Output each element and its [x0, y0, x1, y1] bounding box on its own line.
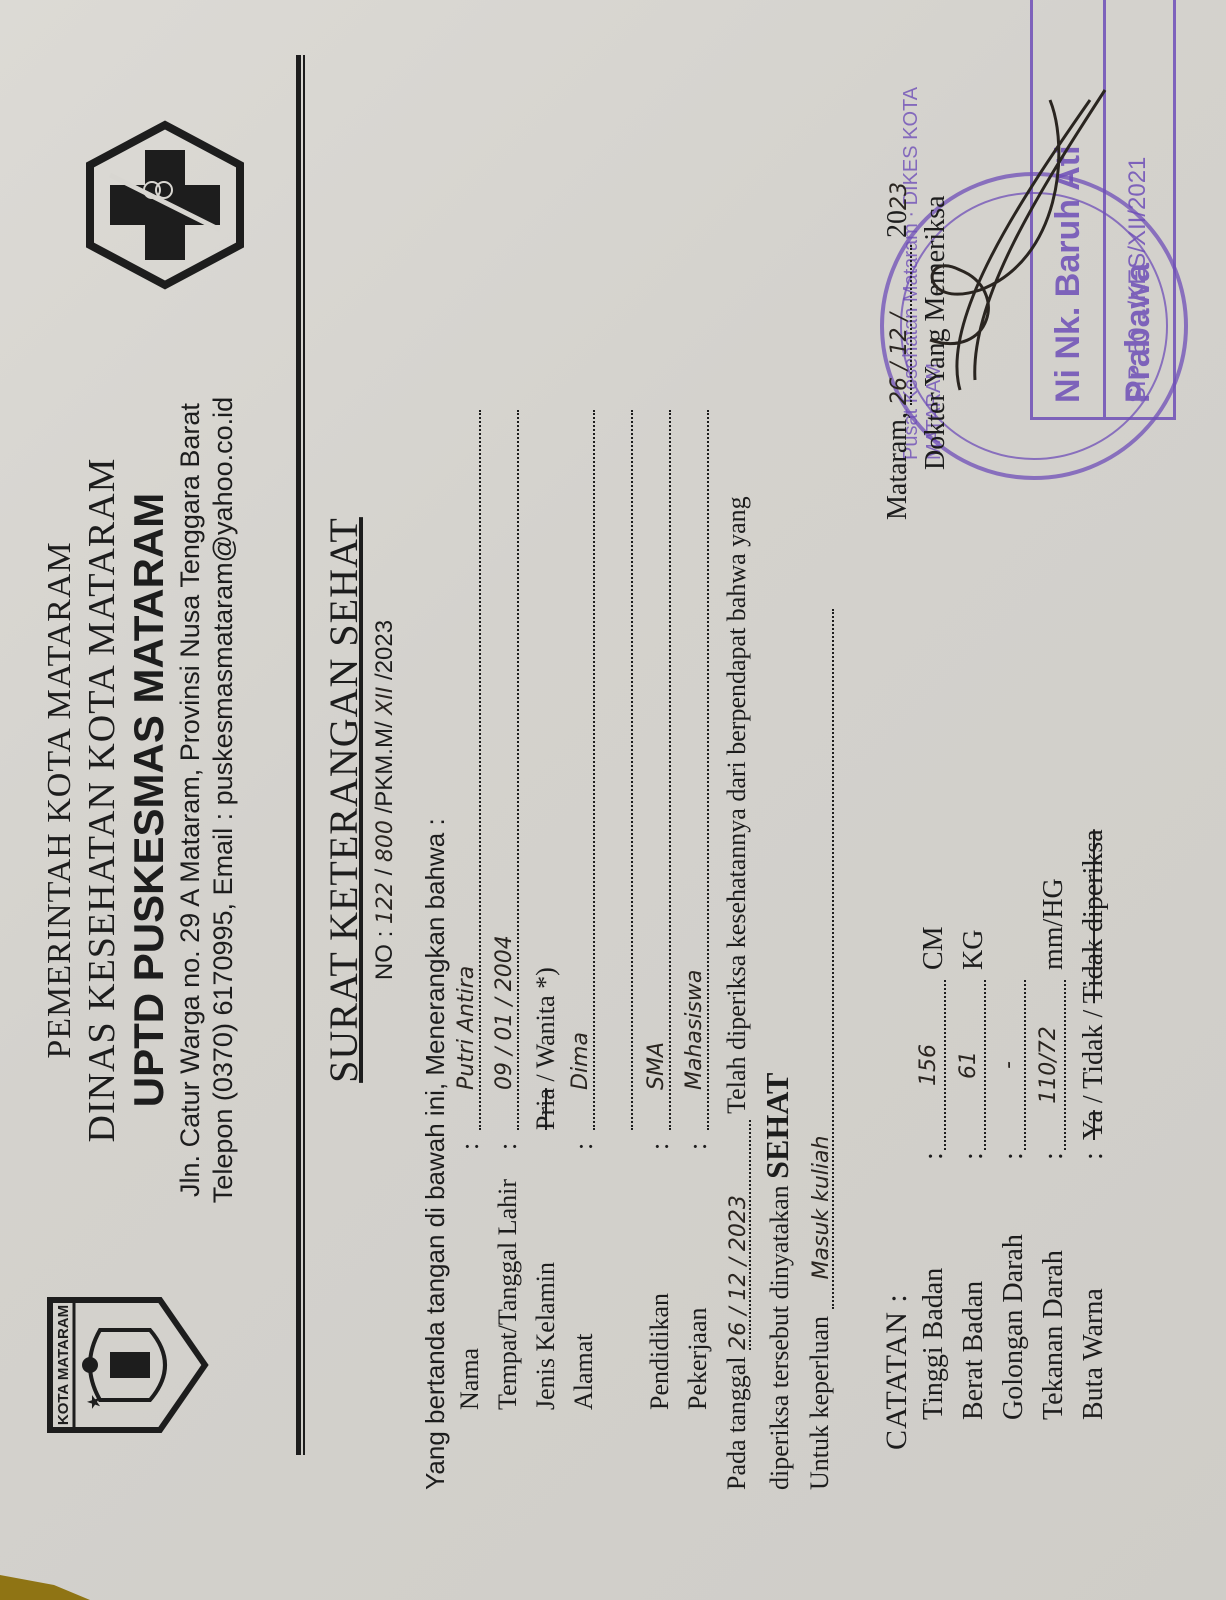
exam-date-line: Pada tanggal 26 / 12 / 2023 Telah diperi…	[717, 90, 757, 1490]
institution-contact: Telepon (0370) 6170995, Email : puskesma…	[207, 320, 240, 1280]
city-crest-icon: KOTA MATARAM ★	[40, 1290, 210, 1440]
svg-text:KOTA MATARAM: KOTA MATARAM	[55, 1305, 72, 1425]
svg-text:★: ★	[84, 1394, 104, 1410]
purpose-line: Untuk keperluan Masuk kuliah	[800, 90, 840, 1490]
note-weight: Berat Badan: 61 KG	[954, 650, 994, 1450]
document-title-block: SURAT KETERANGAN SEHAT NO : 122 / 800 /P…	[320, 0, 399, 1600]
document-title: SURAT KETERANGAN SEHAT	[320, 0, 367, 1600]
field-education: Pendidikan: SMA	[641, 90, 679, 1490]
department-name: DINAS KESEHATAN KOTA MATARAM	[80, 320, 124, 1280]
intro-statement: Yang bertanda tangan di bawah ini, Mener…	[420, 90, 451, 1490]
field-birth: Tempat/Tanggal Lahir: 09 / 01 / 2004	[489, 90, 527, 1490]
letterhead-rule-thin	[303, 55, 305, 1455]
field-name: Nama: Putri Antira	[451, 90, 489, 1490]
document-number: NO : 122 / 800 /PKM.M/ XII /2023	[371, 0, 399, 1600]
health-status: SEHAT	[759, 1073, 795, 1179]
field-occupation: Pekerjaan: Mahasiswa	[679, 90, 717, 1490]
field-gender: Jenis Kelamin Pria / Wanita *)	[527, 90, 565, 1490]
institution-name: UPTD PUSKESMAS MATARAM	[124, 320, 174, 1280]
note-height: Tinggi Badan: 156 CM	[914, 650, 954, 1450]
letterhead-text: PEMERINTAH KOTA MATARAM DINAS KESEHATAN …	[40, 320, 240, 1280]
government-name: PEMERINTAH KOTA MATARAM	[40, 320, 80, 1280]
notes-section: CATATAN : Tinggi Badan: 156 CM Berat Bad…	[880, 650, 1114, 1450]
notes-title: CATATAN :	[880, 650, 914, 1450]
handwritten-signature-icon	[900, 80, 1130, 400]
institution-address: Jln. Catur Warga no. 29 A Mataram, Provi…	[174, 320, 207, 1280]
certificate-body: Yang bertanda tangan di bawah ini, Mener…	[420, 90, 840, 1490]
note-color-blind: Buta Warna: Ya / Tidak / Tidak diperiksa	[1074, 650, 1114, 1450]
letterhead-rule-thick	[296, 55, 301, 1455]
health-cross-hexagon-icon	[80, 120, 250, 290]
field-address: Alamat: Dima	[565, 90, 603, 1490]
health-certificate-sheet: KOTA MATARAM ★ PEMERINTAH KOTA MATARAM D…	[0, 0, 1226, 1600]
note-blood-pressure: Tekanan Darah: 110/72 mm/HG	[1034, 650, 1074, 1450]
note-blood-type: Golongan Darah: -	[994, 650, 1034, 1450]
field-address-cont	[603, 90, 641, 1490]
declaration-line: diperiksa tersebut dinyatakan SEHAT	[757, 90, 800, 1490]
